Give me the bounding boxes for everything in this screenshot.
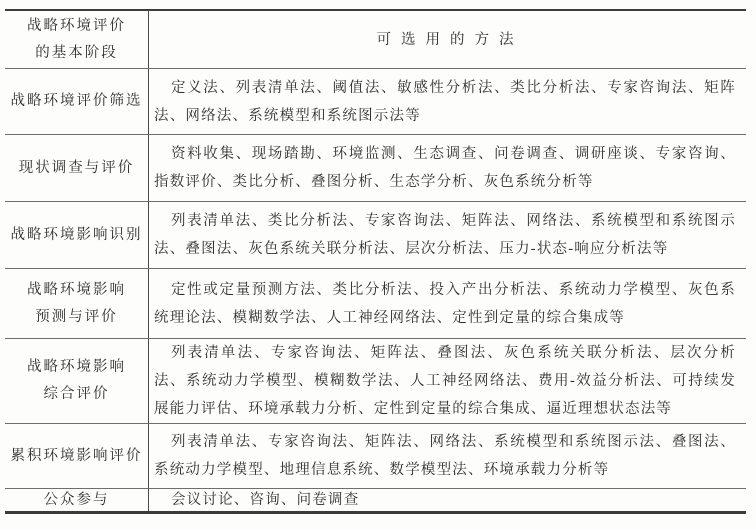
methods-text: 列表清单法、专家咨询法、矩阵法、网络法、系统模型和系统图示法、叠图法、系统动力学… bbox=[154, 428, 736, 484]
sea-methods-table: 战略环境评价 的基本阶段 可选用的方法 战略环境评价筛选 定义法、列表清单法、阈… bbox=[5, 9, 746, 514]
table-row: 现状调查与评价 资料收集、现场踏勘、环境监测、生态调查、问卷调查、调研座谈、专家… bbox=[5, 135, 746, 202]
header-methods-label: 可选用的方法 bbox=[377, 26, 524, 54]
table-header-row: 战略环境评价 的基本阶段 可选用的方法 bbox=[5, 11, 746, 69]
methods-cell: 列表清单法、专家咨询法、矩阵法、叠图法、灰色系统关联分析法、层次分析法、系统动力… bbox=[149, 339, 746, 423]
methods-cell: 定性或定量预测方法、类比分析法、投入产出分析法、系统动力学模型、灰色系统理论法、… bbox=[149, 269, 746, 338]
methods-cell: 定义法、列表清单法、阈值法、敏感性分析法、类比分析法、专家咨询法、矩阵法、网络法… bbox=[149, 69, 746, 134]
stage-cell: 战略环境评价筛选 bbox=[5, 69, 149, 134]
methods-cell: 列表清单法、类比分析法、专家咨询法、矩阵法、网络法、系统模型和系统图示法、叠图法… bbox=[149, 202, 746, 268]
methods-cell: 资料收集、现场踏勘、环境监测、生态调查、问卷调查、调研座谈、专家咨询、指数评价、… bbox=[149, 135, 746, 201]
stage-cell: 公众参与 bbox=[5, 489, 149, 511]
methods-cell: 会议讨论、咨询、问卷调查 bbox=[149, 489, 746, 511]
methods-text: 列表清单法、专家咨询法、矩阵法、叠图法、灰色系统关联分析法、层次分析法、系统动力… bbox=[154, 339, 736, 423]
stage-cell: 累积环境影响评价 bbox=[5, 424, 149, 488]
stage-cell: 战略环境影响 预测与评价 bbox=[5, 269, 149, 338]
methods-text: 定性或定量预测方法、类比分析法、投入产出分析法、系统动力学模型、灰色系统理论法、… bbox=[154, 276, 736, 332]
table-row: 累积环境影响评价 列表清单法、专家咨询法、矩阵法、网络法、系统模型和系统图示法、… bbox=[5, 424, 746, 489]
header-stage-cell: 战略环境评价 的基本阶段 bbox=[5, 11, 149, 68]
header-methods-cell: 可选用的方法 bbox=[149, 11, 746, 68]
table-row: 战略环境影响识别 列表清单法、类比分析法、专家咨询法、矩阵法、网络法、系统模型和… bbox=[5, 202, 746, 269]
stage-cell: 战略环境影响 综合评价 bbox=[5, 339, 149, 423]
methods-text: 定义法、列表清单法、阈值法、敏感性分析法、类比分析法、专家咨询法、矩阵法、网络法… bbox=[154, 74, 736, 130]
methods-cell: 列表清单法、专家咨询法、矩阵法、网络法、系统模型和系统图示法、叠图法、系统动力学… bbox=[149, 424, 746, 488]
table-row: 战略环境评价筛选 定义法、列表清单法、阈值法、敏感性分析法、类比分析法、专家咨询… bbox=[5, 69, 746, 135]
table-row: 公众参与 会议讨论、咨询、问卷调查 bbox=[5, 489, 746, 511]
stage-cell: 战略环境影响识别 bbox=[5, 202, 149, 268]
table-row: 战略环境影响 综合评价 列表清单法、专家咨询法、矩阵法、叠图法、灰色系统关联分析… bbox=[5, 339, 746, 424]
methods-text: 资料收集、现场踏勘、环境监测、生态调查、问卷调查、调研座谈、专家咨询、指数评价、… bbox=[154, 140, 736, 196]
table-row: 战略环境影响 预测与评价 定性或定量预测方法、类比分析法、投入产出分析法、系统动… bbox=[5, 269, 746, 339]
methods-text: 会议讨论、咨询、问卷调查 bbox=[154, 486, 736, 514]
stage-cell: 现状调查与评价 bbox=[5, 135, 149, 201]
methods-text: 列表清单法、类比分析法、专家咨询法、矩阵法、网络法、系统模型和系统图示法、叠图法… bbox=[154, 207, 736, 263]
